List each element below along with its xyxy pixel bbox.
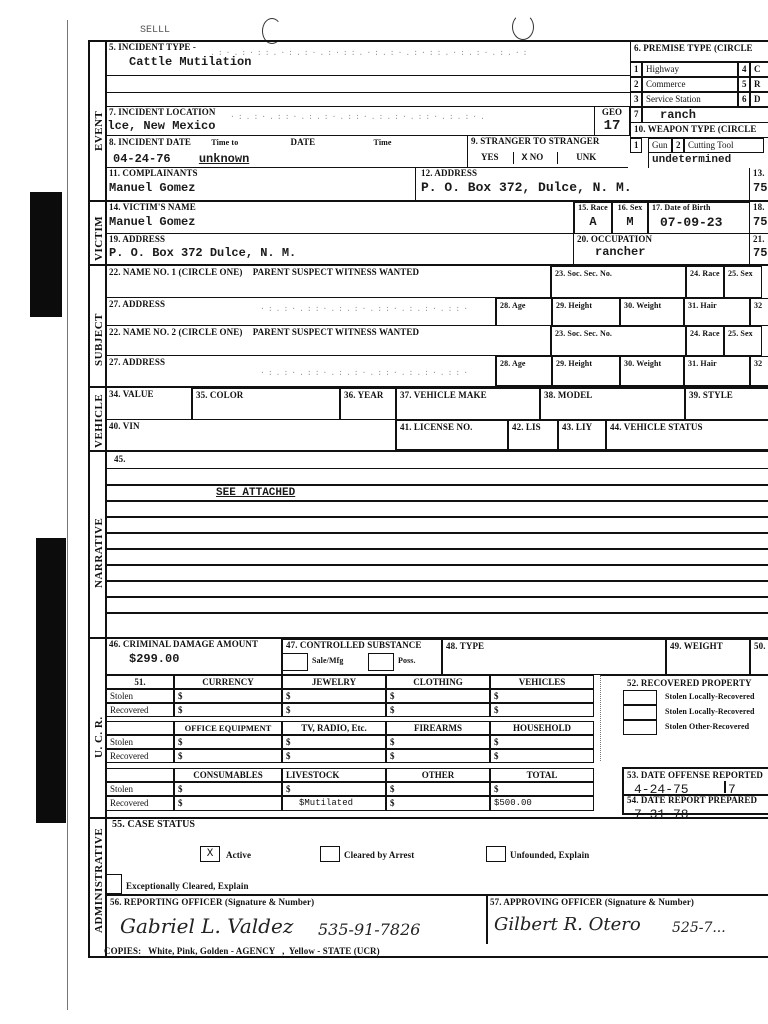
punch-hole	[512, 14, 534, 40]
victim-name-label: 14. VICTIM'S NAME	[109, 203, 570, 212]
row-stolen: Stolen	[106, 689, 174, 703]
row-recovered: Recovered	[106, 796, 174, 811]
recovered-opt-3-checkbox[interactable]	[623, 720, 657, 735]
geo-value: 17	[598, 119, 626, 133]
clothing-stolen[interactable]: $	[386, 689, 490, 703]
weight-field[interactable]: 49. WEIGHT	[666, 639, 750, 675]
narrative-area[interactable]: 45. SEE ATTACHED	[106, 452, 768, 637]
victim-dob-value: 07-09-23	[660, 216, 746, 229]
active-label: Active	[226, 851, 251, 860]
subject1-field32[interactable]: 32	[750, 298, 768, 326]
victim-dob-label: 17. Date of Birth	[652, 204, 746, 212]
subject2-role-options[interactable]: PARENT SUSPECT WITNESS WANTED	[253, 327, 419, 337]
victim-sex-label: 16. Sex	[616, 204, 644, 212]
date-reported-label: 53. DATE OFFENSE REPORTED	[627, 771, 763, 780]
field-13[interactable]: 13. 75	[750, 168, 768, 200]
victim-address-field[interactable]: 19. ADDRESS P. O. Box 372 Dulce, N. M.	[106, 234, 574, 264]
office-stolen[interactable]: $	[174, 735, 282, 749]
subject2-field32[interactable]: 32	[750, 356, 768, 386]
vehicle-year[interactable]: 36. YEAR	[340, 388, 396, 420]
stranger-unk[interactable]: UNK	[557, 152, 596, 164]
copies-distribution: COPIES: White, Pink, Golden - AGENCY , Y…	[104, 947, 380, 956]
section-event: EVENT	[93, 101, 105, 151]
weapon-other-field[interactable]: undetermined	[648, 153, 768, 168]
active-checkbox[interactable]: X	[200, 846, 220, 862]
tv-recovered[interactable]: $	[282, 749, 386, 763]
col-currency: CURRENCY	[174, 675, 282, 689]
subject2-sex[interactable]: 25. Sex	[724, 326, 762, 356]
unfounded-checkbox[interactable]	[486, 846, 506, 862]
victim-address-value: P. O. Box 372 Dulce, N. M.	[109, 247, 570, 259]
recovered-opt-1-checkbox[interactable]	[623, 690, 657, 705]
blank	[106, 721, 174, 735]
date-prepared-label: 54. DATE REPORT PREPARED	[627, 796, 757, 805]
victim-name-field[interactable]: 14. VICTIM'S NAME Manuel Gomez	[106, 202, 574, 234]
field-13-label: 13.	[753, 169, 767, 178]
vehicle-value[interactable]: 34. VALUE	[106, 388, 192, 420]
premise-opt-5[interactable]: R	[750, 77, 768, 92]
sale-label: Sale/Mfg	[312, 657, 343, 665]
livestock-stolen[interactable]: $	[282, 782, 386, 796]
subject2-name-label: 22. NAME NO. 2 (Circle One)	[109, 327, 242, 337]
divider	[106, 894, 768, 896]
controlled-substance-field[interactable]: 47. CONTROLLED SUBSTANCE Sale/Mfg Poss.	[282, 639, 442, 675]
scan-noise: ·:.:·.::·.:.:·.::·.:.:·.::·	[260, 304, 471, 313]
subject1-name-label: 22. NAME NO. 1 (Circle One)	[109, 267, 242, 277]
complainants-label: 11. COMPLAINANTS	[109, 169, 412, 178]
premise-opt-1-num[interactable]: 1	[630, 62, 642, 77]
col-vehicles: VEHICLES	[490, 675, 594, 689]
date-label: DATE	[291, 137, 316, 147]
subject2-race[interactable]: 24. Race	[686, 326, 724, 356]
section-vehicle: VEHICLE	[93, 394, 105, 448]
premise-opt-6-num[interactable]: 6	[738, 92, 750, 107]
recovered-property-label: 52. RECOVERED PROPERTY	[627, 679, 752, 688]
premise-opt-3-num[interactable]: 3	[630, 92, 642, 107]
clothing-recovered[interactable]: $	[386, 703, 490, 717]
field-18[interactable]: 18. 75	[750, 202, 768, 234]
field-21-label: 21.	[753, 235, 767, 244]
weapon-opt-gun[interactable]: Gun	[648, 138, 672, 153]
recovered-property-box: 52. RECOVERED PROPERTY Stolen Locally-Re…	[600, 675, 768, 761]
stranger-no-mark: X	[522, 153, 528, 164]
subject1-age[interactable]: 28. Age	[496, 298, 552, 326]
incident-time-value: unknown	[199, 152, 249, 166]
weapon-opt-cutting-tool[interactable]: Cutting Tool	[684, 138, 764, 153]
scan-artifact	[36, 538, 66, 823]
col-tv-radio: TV, RADIO, Etc.	[282, 721, 386, 735]
page-edge	[67, 20, 68, 1010]
firearms-recovered[interactable]: $	[386, 749, 490, 763]
rule	[106, 92, 630, 93]
recovered-opt-2-checkbox[interactable]	[623, 705, 657, 720]
damage-amount-value: $299.00	[129, 653, 278, 665]
geo-label: GEO	[598, 108, 626, 117]
victim-occupation-value: rancher	[595, 246, 746, 258]
field-13-value: 75	[753, 182, 767, 194]
premise-other-value: ranch	[660, 108, 696, 122]
incident-location-value: Dulce, New Mexico	[106, 120, 623, 132]
approving-officer-number: 525-7...	[672, 920, 726, 936]
incident-date-value: 04-24-76	[113, 152, 171, 166]
field-21[interactable]: 21. 75	[750, 234, 768, 264]
premise-opt-4-num[interactable]: 4	[738, 62, 750, 77]
weapon-opt-1-num[interactable]: 1	[630, 138, 642, 153]
incident-type-value: Cattle Mutilation	[129, 56, 627, 68]
vehicle-vin[interactable]: 40. VIN	[106, 420, 396, 450]
vehicles-stolen[interactable]: $	[490, 689, 594, 703]
property-header-num: 51.	[106, 675, 174, 689]
dates-box: 53. DATE OFFENSE REPORTED 4-24-75 7 54. …	[622, 767, 768, 815]
consumables-recovered[interactable]: $	[174, 796, 282, 811]
divider	[486, 894, 488, 944]
complainants-value: Manuel Gomez	[109, 182, 412, 194]
subject2-name-field[interactable]: 22. NAME NO. 2 (Circle One) PARENT SUSPE…	[106, 326, 551, 356]
incident-location-field[interactable]: 7. INCIDENT LOCATION Dulce, New Mexico	[106, 106, 626, 136]
field-21-value: 75	[753, 247, 767, 259]
stranger-label: 9. STRANGER TO STRANGER	[471, 137, 625, 146]
vehicle-liy[interactable]: 43. LIY	[558, 420, 606, 450]
premise-opt-4[interactable]: C	[750, 62, 768, 77]
subject2-hair[interactable]: 31. Hair	[684, 356, 750, 386]
incident-date-label: 8. INCIDENT DATE	[109, 137, 191, 147]
stranger-field[interactable]: 9. STRANGER TO STRANGER YES X NO UNK	[468, 136, 628, 168]
premise-opt-2-num[interactable]: 2	[630, 77, 642, 92]
complainants-field[interactable]: 11. COMPLAINANTS Manuel Gomez	[106, 168, 416, 200]
poss-checkbox[interactable]	[368, 653, 394, 671]
household-recovered[interactable]: $	[490, 749, 594, 763]
office-recovered[interactable]: $	[174, 749, 282, 763]
victim-name-value: Manuel Gomez	[109, 216, 570, 228]
damage-amount-field[interactable]: 46. CRIMINAL DAMAGE AMOUNT $299.00	[106, 639, 282, 675]
subject1-name-field[interactable]: 22. NAME NO. 1 (Circle One) PARENT SUSPE…	[106, 266, 551, 298]
address-label: 12. ADDRESS	[421, 169, 746, 178]
col-clothing: CLOTHING	[386, 675, 490, 689]
sale-checkbox[interactable]	[282, 653, 308, 671]
victim-occupation-label: 20. OCCUPATION	[577, 235, 746, 244]
tv-stolen[interactable]: $	[282, 735, 386, 749]
case-status-label: 55. CASE STATUS	[112, 820, 195, 830]
premise-opt-commerce[interactable]: Commerce	[642, 77, 738, 92]
scan-noise: ·:.:·.::·.:.:·.::·.:.:·.::·	[260, 368, 471, 377]
firearms-stolen[interactable]: $	[386, 735, 490, 749]
col-total: TOTAL	[490, 768, 594, 782]
col-consumables: CONSUMABLES	[174, 768, 282, 782]
recovered-opt-2-label: Stolen Locally-Recovered	[665, 708, 755, 716]
address-value: P. O. Box 372, Dulce, N. M.	[421, 181, 746, 194]
row-recovered: Recovered	[106, 749, 174, 763]
other-recovered[interactable]: $	[386, 796, 490, 811]
field-50[interactable]: 50.	[750, 639, 768, 675]
premise-type-header: 6. PREMISE TYPE (Circle	[630, 42, 768, 62]
cleared-arrest-checkbox[interactable]	[320, 846, 340, 862]
col-household: HOUSEHOLD	[490, 721, 594, 735]
address-field[interactable]: 12. ADDRESS P. O. Box 372, Dulce, N. M.	[418, 168, 750, 200]
vehicle-style[interactable]: 39. STYLE	[685, 388, 768, 420]
vehicle-license[interactable]: 41. LICENSE NO.	[396, 420, 508, 450]
weapon-type-header: 10. WEAPON TYPE (Circle	[630, 123, 768, 138]
cleared-arrest-label: Cleared by Arrest	[344, 851, 414, 860]
consumables-stolen[interactable]: $	[174, 782, 282, 796]
approving-officer-signature[interactable]: Gilbert R. Otero	[494, 914, 641, 935]
livestock-recovered[interactable]: $Mutilated	[282, 796, 386, 811]
subject1-sex[interactable]: 25. Sex	[724, 266, 762, 298]
field-18-value: 75	[753, 216, 767, 228]
subject1-ssn[interactable]: 23. Soc. Sec. No.	[551, 266, 686, 298]
subject1-height[interactable]: 29. Height	[552, 298, 620, 326]
col-jewelry: JEWELRY	[282, 675, 386, 689]
reporting-officer-number: 535-91-7826	[318, 920, 420, 939]
row-stolen: Stolen	[106, 735, 174, 749]
subject2-ssn[interactable]: 23. Soc. Sec. No.	[551, 326, 686, 356]
currency-recovered[interactable]: $	[174, 703, 282, 717]
premise-opt-7-num[interactable]: 7	[630, 107, 642, 123]
recovered-opt-1-label: Stolen Locally-Recovered	[665, 693, 755, 701]
vehicle-make[interactable]: 37. VEHICLE MAKE	[396, 388, 540, 420]
col-other: OTHER	[386, 768, 490, 782]
premise-other-field[interactable]: ranch	[642, 107, 768, 123]
vehicle-lis[interactable]: 42. LIS	[508, 420, 558, 450]
victim-occupation-field[interactable]: 20. OCCUPATION rancher	[574, 234, 750, 264]
subject1-role-options[interactable]: PARENT SUSPECT WITNESS WANTED	[253, 267, 419, 277]
col-firearms: FIREARMS	[386, 721, 490, 735]
victim-sex-value: M	[616, 216, 644, 228]
top-text: SELLL	[140, 26, 170, 36]
narrative-label: 45.	[114, 455, 126, 464]
victim-address-label: 19. ADDRESS	[109, 235, 570, 244]
weapon-type-value: undetermined	[652, 154, 731, 166]
field-18-label: 18.	[753, 203, 767, 212]
victim-dob-field[interactable]: 17. Date of Birth 07-09-23	[648, 202, 750, 234]
premise-opt-6[interactable]: D	[750, 92, 768, 107]
scan-noise: ·:.:·.::·.:.:·.::·.:.:·.::·.:.:·.	[230, 112, 488, 121]
victim-race-value: A	[578, 216, 608, 228]
time-to-label: Time to	[211, 138, 238, 147]
subject1-weight[interactable]: 30. Weight	[620, 298, 684, 326]
subject2-height[interactable]: 29. Height	[552, 356, 620, 386]
stranger-yes[interactable]: YES	[481, 152, 499, 164]
vehicle-status[interactable]: 44. VEHICLE STATUS	[606, 420, 768, 450]
total-recovered[interactable]: $500.00	[490, 796, 594, 811]
weapon-type-label: 10. WEAPON TYPE (Circle	[634, 124, 756, 134]
premise-type-label: 6. PREMISE TYPE (Circle	[634, 43, 753, 53]
subject2-age[interactable]: 28. Age	[496, 356, 552, 386]
subject1-race[interactable]: 24. Race	[686, 266, 724, 298]
section-narrative: NARRATIVE	[93, 514, 105, 588]
unfounded-label: Unfounded, Explain	[510, 851, 589, 860]
other-stolen[interactable]: $	[386, 782, 490, 796]
subject2-weight[interactable]: 30. Weight	[620, 356, 684, 386]
scan-noise: .:·.:·::.·:.:·.:·::.·:.:·.:·::.·:.:·.:.·…	[210, 48, 530, 57]
date-prepared-value[interactable]: 7-31-78	[634, 808, 689, 821]
recovered-opt-3-label: Stolen Other-Recovered	[665, 723, 749, 731]
victim-sex-field[interactable]: 16. Sex M	[612, 202, 648, 234]
approving-officer-label: 57. APPROVING OFFICER (Signature & Numbe…	[490, 898, 694, 907]
stranger-no[interactable]: NO	[530, 152, 544, 162]
household-stolen[interactable]: $	[490, 735, 594, 749]
victim-race-label: 15. Race	[578, 204, 608, 212]
total-stolen[interactable]: $	[490, 782, 594, 796]
incident-date-field[interactable]: 8. INCIDENT DATE Time to DATE Time 04-24…	[106, 136, 468, 168]
exceptionally-cleared-label: Exceptionally Cleared, Explain	[126, 882, 249, 891]
blank	[106, 768, 174, 782]
row-stolen: Stolen	[106, 782, 174, 796]
property-table: 51. CURRENCY JEWELRY CLOTHING VEHICLES S…	[106, 675, 600, 815]
section-subject: SUBJECT	[93, 312, 105, 366]
premise-opt-service-station[interactable]: Service Station	[642, 92, 738, 107]
premise-opt-highway[interactable]: Highway	[642, 62, 738, 77]
section-ucr: U. C. R.	[93, 704, 105, 758]
reporting-officer-signature[interactable]: Gabriel L. Valdez	[120, 914, 293, 938]
scan-artifact	[30, 192, 62, 317]
col-livestock: LIVESTOCK	[282, 768, 386, 782]
geo-field[interactable]: GEO 17	[594, 106, 630, 136]
time-label: Time	[374, 138, 392, 147]
exceptionally-cleared-checkbox[interactable]	[106, 874, 122, 894]
jewelry-stolen[interactable]: $	[282, 689, 386, 703]
section-administrative: ADMINISTRATIVE	[93, 839, 105, 933]
subject1-hair[interactable]: 31. Hair	[684, 298, 750, 326]
controlled-substance-label: 47. CONTROLLED SUBSTANCE	[286, 641, 438, 650]
currency-stolen[interactable]: $	[174, 689, 282, 703]
row-recovered: Recovered	[106, 703, 174, 717]
weapon-opt-2-num[interactable]: 2	[672, 138, 684, 153]
victim-race-field[interactable]: 15. Race A	[574, 202, 612, 234]
vehicle-color[interactable]: 35. COLOR	[192, 388, 340, 420]
section-victim: VICTIM	[93, 211, 105, 261]
type-field[interactable]: 48. TYPE	[442, 639, 666, 675]
vehicle-model[interactable]: 38. MODEL	[540, 388, 685, 420]
narrative-text: SEE ATTACHED	[216, 488, 295, 499]
vehicles-recovered[interactable]: $	[490, 703, 594, 717]
premise-opt-5-num[interactable]: 5	[738, 77, 750, 92]
col-office-equipment: OFFICE EQUIPMENT	[174, 721, 282, 735]
poss-label: Poss.	[398, 657, 416, 665]
jewelry-recovered[interactable]: $	[282, 703, 386, 717]
damage-amount-label: 46. CRIMINAL DAMAGE AMOUNT	[109, 640, 278, 649]
reporting-officer-label: 56. REPORTING OFFICER (Signature & Numbe…	[110, 898, 314, 907]
